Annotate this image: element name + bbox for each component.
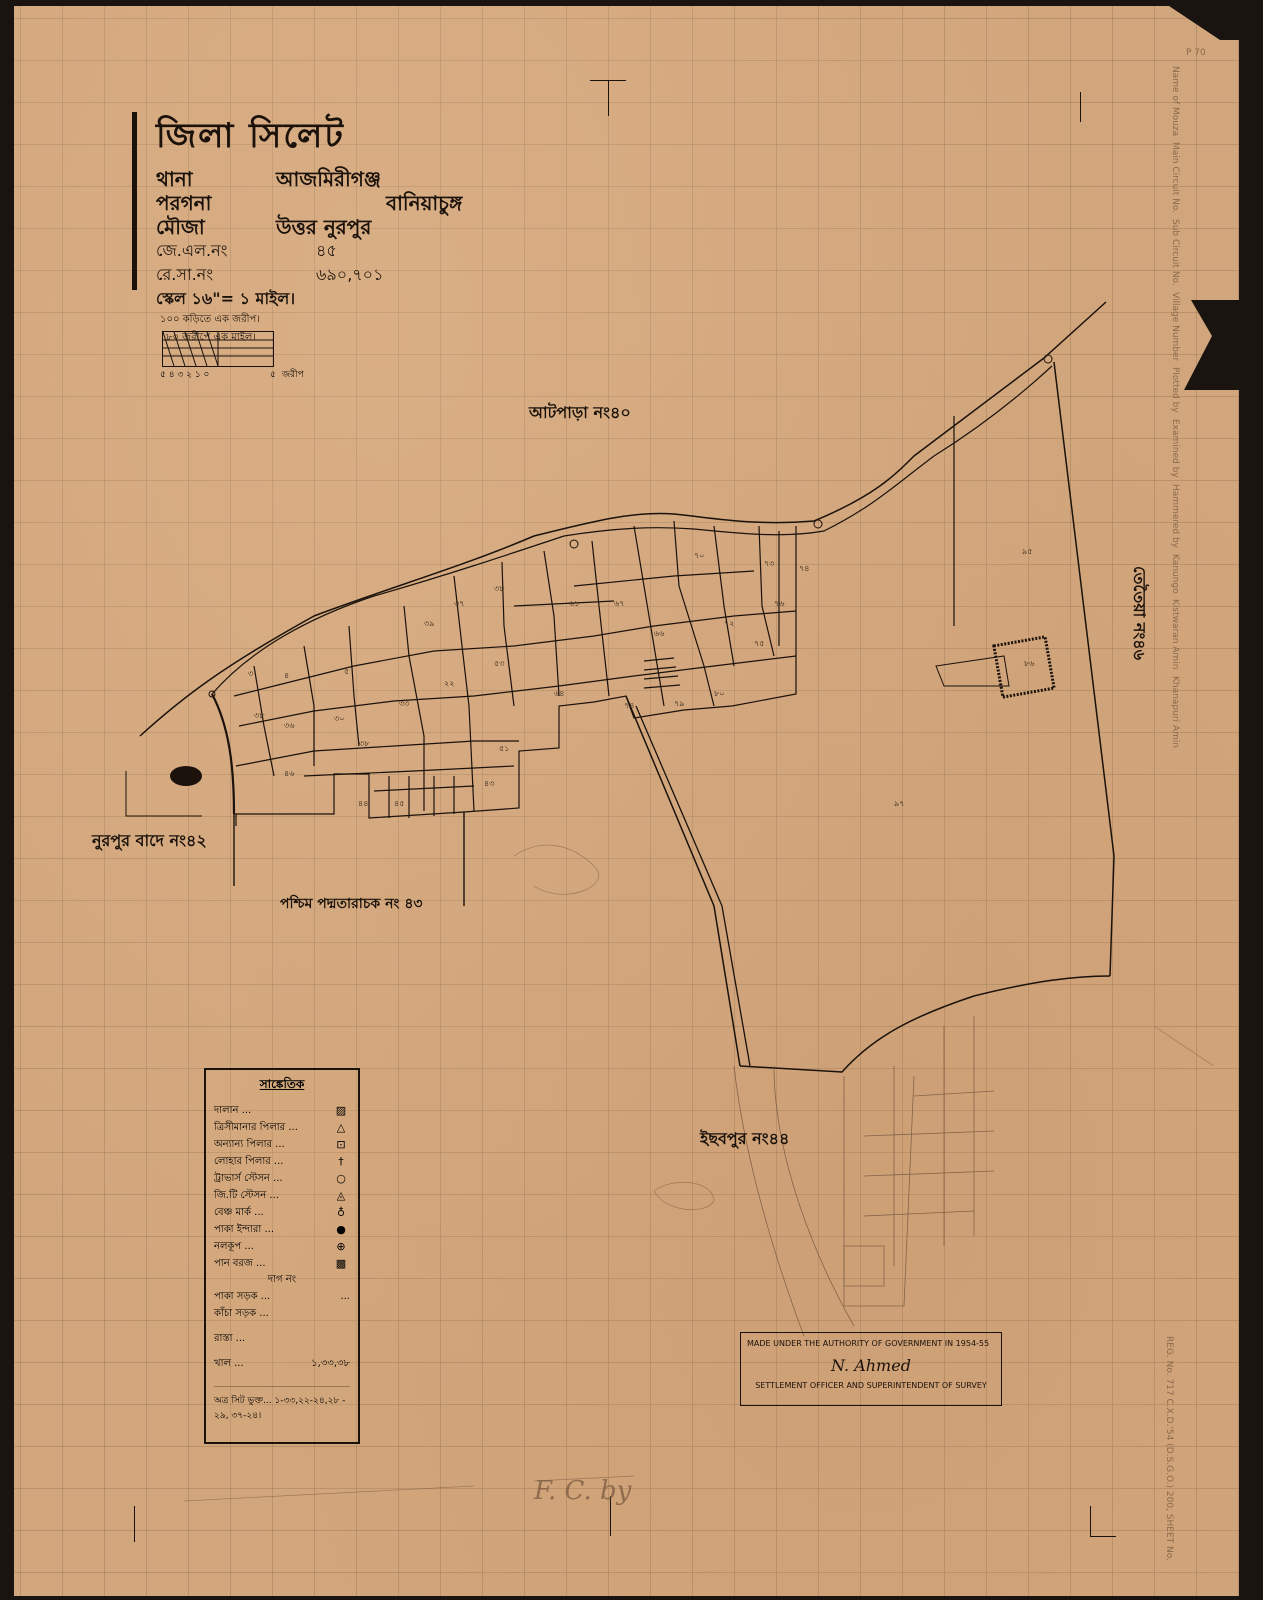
pencil-signature: F. C. by (534, 1476, 631, 1506)
neighbor-southwest: পশ্চিম পদ্মতারাচক নং ৪৩ (280, 892, 423, 916)
svg-text:৪৩: ৪৩ (484, 779, 494, 788)
betel-garden-icon: ▩ (332, 1255, 350, 1272)
svg-text:৭৬: ৭৬ (774, 599, 784, 608)
sheet-corner-note: P 70 (1186, 48, 1206, 58)
svg-text:৭৪: ৭৪ (624, 701, 634, 710)
svg-text:৪৫: ৪৫ (394, 799, 404, 808)
svg-text:৭০: ৭০ (694, 551, 704, 560)
neighbor-west: নুরপুর বাদে নং৪২ (92, 828, 207, 855)
legend-item: ত্রিসীমানার পিলার ...△ (214, 1119, 350, 1136)
legend-title: সাঙ্কেতিক (214, 1076, 350, 1096)
svg-text:৫: ৫ (344, 667, 349, 676)
well-icon: ● (332, 1221, 350, 1238)
svg-text:৩০: ৩০ (334, 714, 344, 723)
svg-text:৩: ৩ (248, 669, 253, 678)
svg-text:৪৬: ৪৬ (284, 769, 294, 778)
map-sheet: জিলা সিলেট থানা আজমিরীগঞ্জ পরগনা বানিয়া… (14, 6, 1239, 1596)
svg-text:৫৩: ৫৩ (494, 659, 504, 668)
svg-text:৭৪: ৭৪ (799, 564, 809, 573)
svg-text:৯৫: ৯৫ (1022, 547, 1032, 556)
legend-item: জি.টি স্টেসন ...◬ (214, 1187, 350, 1204)
svg-text:৩৭: ৩৭ (454, 599, 464, 608)
legend-item: নলকূপ ...⊕ (214, 1238, 350, 1255)
svg-text:৭৯: ৭৯ (674, 699, 684, 708)
svg-text:৭৩: ৭৩ (764, 559, 774, 568)
other-pillar-icon: ⊡ (332, 1136, 350, 1153)
margin-columns: Name of Mouza Main Circuit No. Sub Circu… (1160, 66, 1180, 966)
authority-box: MADE UNDER THE AUTHORITY OF GOVERNMENT I… (740, 1332, 1002, 1406)
legend-road-item: কাঁচা সড়ক ... (214, 1305, 350, 1322)
svg-text:৪: ৪ (284, 671, 289, 680)
svg-text:৩৯: ৩৯ (424, 619, 434, 628)
svg-text:৬৬: ৬৬ (654, 629, 664, 638)
svg-text:৭২: ৭২ (724, 619, 734, 628)
reg-number: REG. No. 717 C.X.D.'54 (D.S.G.O.) 200, S… (1164, 1336, 1174, 1561)
svg-text:৬৭: ৬৭ (614, 599, 624, 608)
svg-text:৩৮: ৩৮ (494, 584, 505, 593)
authority-line-1: MADE UNDER THE AUTHORITY OF GOVERNMENT I… (747, 1339, 995, 1348)
authority-line-2: SETTLEMENT OFFICER AND SUPERINTENDENT OF… (747, 1381, 995, 1390)
legend-item: বেঞ্চ মার্ক ...♁ (214, 1204, 350, 1221)
legend-road-item: খাল ...১,৩৩,৩৮ (214, 1355, 350, 1372)
authority-signature: N. Ahmed (747, 1356, 995, 1375)
neighbor-east: তেতৈয়া নং৪৬ (1126, 566, 1153, 660)
svg-text:৬১: ৬১ (569, 599, 579, 608)
building-icon: ▨ (332, 1102, 350, 1119)
gt-station-icon: ◬ (332, 1187, 350, 1204)
svg-text:৩৮: ৩৮ (254, 711, 265, 720)
legend-item: ট্রাভার্স স্টেসন ...○ (214, 1170, 350, 1187)
tubewell-icon: ⊕ (332, 1238, 350, 1255)
legend-item: অন্যান্য পিলার ...⊡ (214, 1136, 350, 1153)
legend-item: দালান ...▨ (214, 1102, 350, 1119)
svg-text:৫১: ৫১ (499, 744, 509, 753)
svg-text:৯৭: ৯৭ (894, 799, 904, 808)
legend-box: সাঙ্কেতিক দালান ...▨ ত্রিসীমানার পিলার .… (204, 1068, 360, 1444)
svg-text:৭৫: ৭৫ (754, 639, 764, 648)
dag-header: দাগ নং (214, 1272, 350, 1288)
legend-item: পান বরজ ...▩ (214, 1255, 350, 1272)
neighbor-north: আটপাড়া নং৪০ (529, 400, 631, 427)
svg-text:৮০: ৮০ (714, 689, 724, 698)
svg-text:৩৩: ৩৩ (399, 699, 409, 708)
svg-text:৮৬: ৮৬ (1024, 659, 1034, 668)
svg-text:৪৪: ৪৪ (358, 799, 368, 808)
legend-item: লোহার পিলার ...† (214, 1153, 350, 1170)
legend-footer: অত্র সিট ভুক্ত... ১-৩৩,২২-২৪,২৮ - ২৯, ৩৭… (214, 1386, 350, 1423)
svg-text:৩৮: ৩৮ (359, 739, 370, 748)
svg-text:৩৬: ৩৬ (284, 721, 294, 730)
neighbor-south: ইছবপুর নং৪৪ (700, 1126, 789, 1153)
svg-text:৬৪: ৬৪ (554, 689, 564, 698)
legend-item: পাকা ইন্দারা ...● (214, 1221, 350, 1238)
traverse-station-icon: ○ (332, 1170, 350, 1187)
bench-mark-icon: ♁ (332, 1204, 350, 1221)
svg-text:২২: ২২ (444, 679, 454, 688)
legend-road-item: রাস্তা ... (214, 1330, 350, 1347)
iron-pillar-icon: † (332, 1153, 350, 1170)
cadastral-map: ৩ ৪ ৫ ৩৮ ৩৬ ৩০ ৩৮ ৪৬ ৩৩ ৩৯ ৩৭ ৩৮ ২২ ৫৩ ৫… (14, 6, 1239, 1596)
trijunction-pillar-icon: △ (332, 1119, 350, 1136)
legend-road-item: পাকা সড়ক ...... (214, 1288, 350, 1305)
